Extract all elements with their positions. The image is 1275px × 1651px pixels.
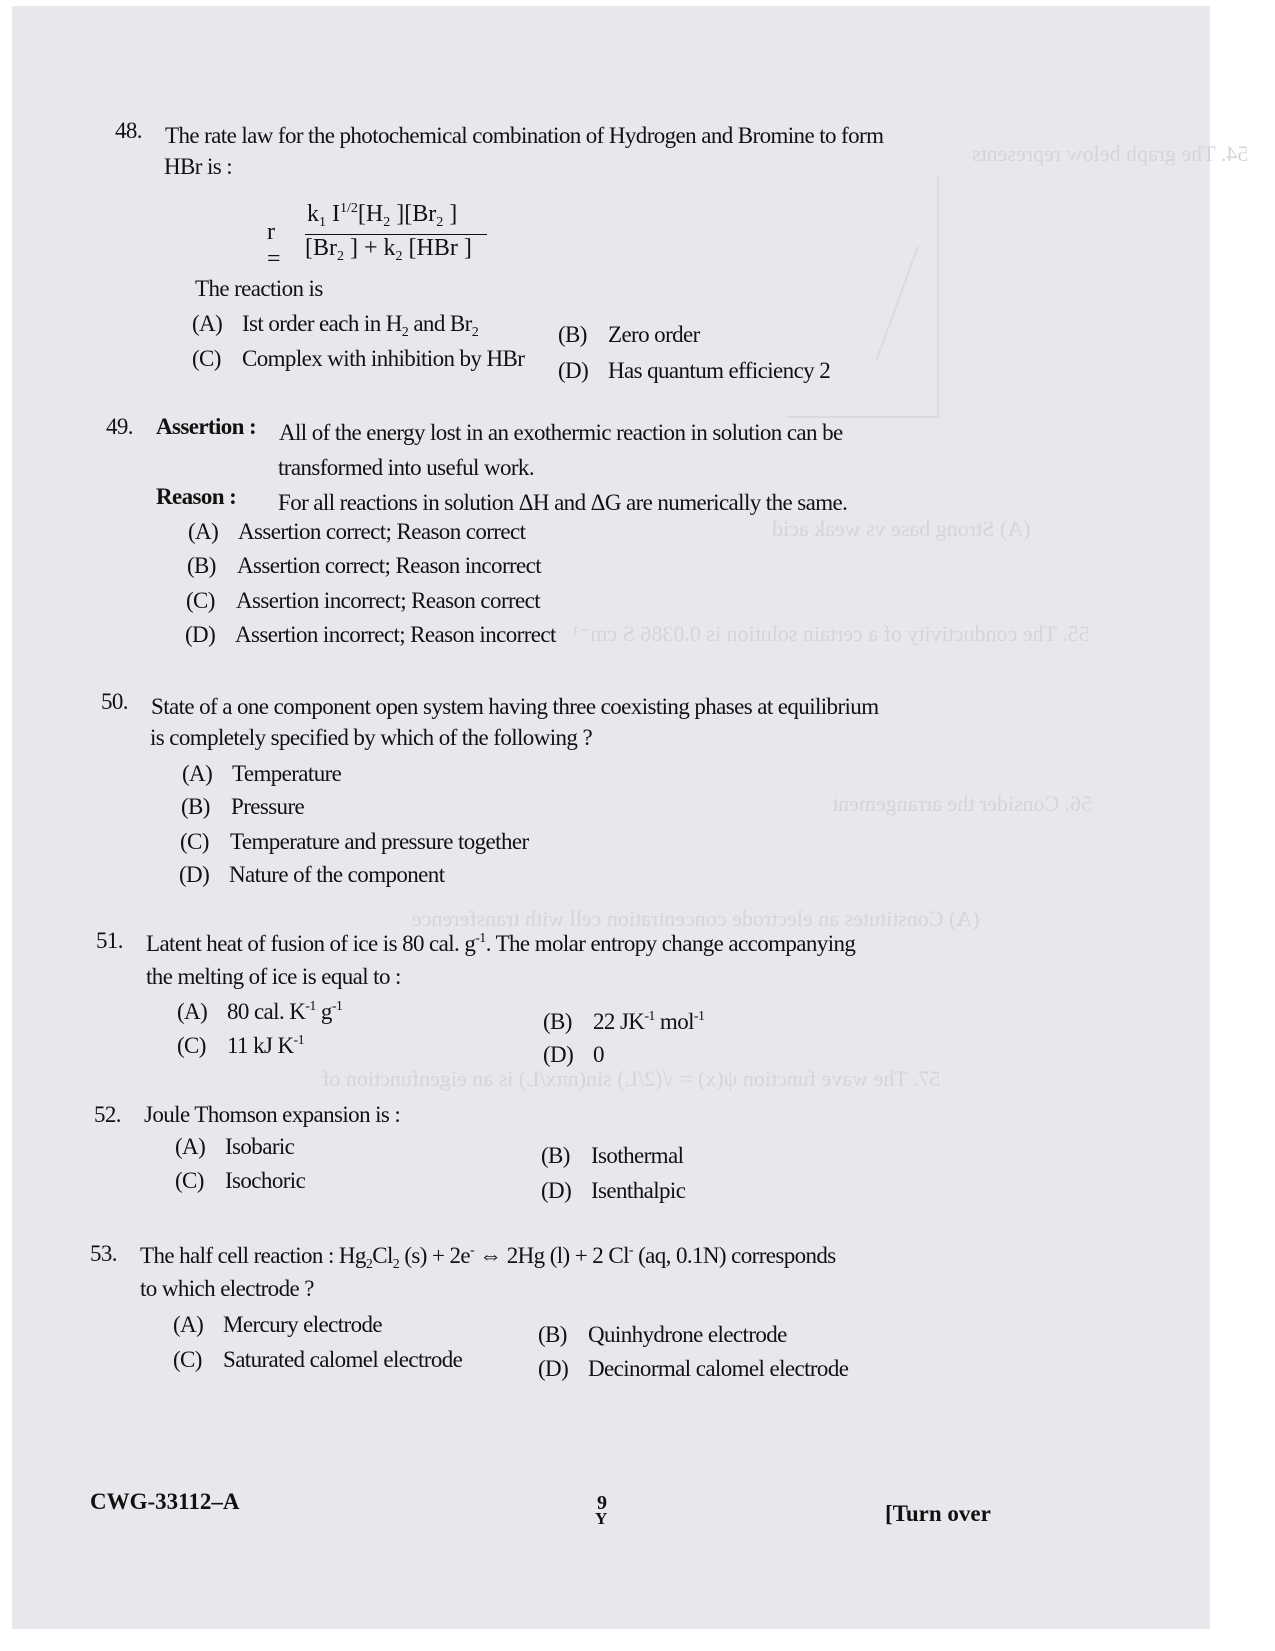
- option-d[interactable]: (D)Assertion incorrect; Reason incorrect: [185, 622, 556, 648]
- question-lead: The reaction is: [195, 276, 323, 302]
- question-stem: The rate law for the photochemical combi…: [165, 123, 883, 149]
- option-b[interactable]: (B)Assertion correct; Reason incorrect: [187, 553, 541, 579]
- question-stem: the melting of ice is equal to :: [146, 964, 401, 990]
- question-stem: HBr is :: [164, 154, 232, 180]
- option-d[interactable]: (D)Has quantum efficiency 2: [558, 358, 830, 384]
- option-d[interactable]: (D)Decinormal calomel electrode: [538, 1356, 848, 1382]
- option-text: Temperature and pressure together: [230, 829, 529, 854]
- option-b[interactable]: (B)Zero order: [558, 322, 700, 348]
- reason-text: For all reactions in solution ΔH and ΔG …: [278, 490, 847, 516]
- option-text: Has quantum efficiency 2: [608, 358, 830, 383]
- option-text: Saturated calomel electrode: [223, 1347, 462, 1372]
- option-d[interactable]: (D)0: [543, 1042, 604, 1068]
- option-text: Assertion correct; Reason correct: [238, 519, 525, 544]
- booklet-code: CWG-33112–A: [90, 1489, 240, 1515]
- question-number: 51.: [96, 928, 123, 954]
- option-c[interactable]: (C)Complex with inhibition by HBr: [192, 346, 524, 372]
- bleed-through-text: 55. The conductivity of a certain soluti…: [572, 621, 1090, 647]
- scanned-page: 54. The graph below represents (A) Stron…: [12, 6, 1210, 1629]
- bleed-through-text: 57. The wave function ψ(x) = √(2/L) sin(…: [322, 1066, 940, 1092]
- option-text: Assertion correct; Reason incorrect: [237, 553, 541, 578]
- bleed-through-text: (A) Constitutes an electrode concentrati…: [412, 906, 980, 932]
- option-c[interactable]: (C)Isochoric: [175, 1168, 305, 1194]
- question-number: 52.: [94, 1102, 121, 1128]
- option-a[interactable]: (A)Mercury electrode: [173, 1312, 382, 1338]
- option-text: Temperature: [232, 761, 341, 786]
- question-stem: Joule Thomson expansion is :: [144, 1102, 400, 1128]
- option-c[interactable]: (C)Temperature and pressure together: [180, 829, 529, 855]
- option-text: Decinormal calomel electrode: [588, 1356, 848, 1381]
- equation-denominator: [Br2 ] + k2 [HBr ]: [305, 235, 472, 265]
- option-text: Isochoric: [225, 1168, 305, 1193]
- option-c[interactable]: (C)11 kJ K-1: [177, 1033, 304, 1059]
- option-text: Assertion incorrect; Reason incorrect: [235, 622, 556, 647]
- assertion-text: transformed into useful work.: [278, 455, 534, 481]
- option-a[interactable]: (A)80 cal. K-1 g-1: [177, 999, 342, 1025]
- question-stem: The half cell reaction : Hg2Cl2 (s) + 2e…: [140, 1243, 836, 1273]
- option-c[interactable]: (C)Assertion incorrect; Reason correct: [186, 588, 540, 614]
- option-d[interactable]: (D)Nature of the component: [179, 862, 444, 888]
- option-text: Ist order each in H2 and Br2: [242, 311, 478, 336]
- option-c[interactable]: (C)Saturated calomel electrode: [173, 1347, 462, 1373]
- question-number: 49.: [106, 414, 133, 440]
- option-text: Pressure: [231, 794, 304, 819]
- option-text: Complex with inhibition by HBr: [242, 346, 524, 371]
- question-number: 50.: [101, 689, 128, 715]
- question-number: 53.: [90, 1241, 117, 1267]
- assertion-text: All of the energy lost in an exothermic …: [279, 420, 843, 446]
- question-stem: Latent heat of fusion of ice is 80 cal. …: [146, 931, 855, 957]
- option-text: Isothermal: [591, 1143, 683, 1168]
- option-text: Assertion incorrect; Reason correct: [236, 588, 540, 613]
- option-a[interactable]: (A)Ist order each in H2 and Br2: [192, 311, 478, 341]
- option-b[interactable]: (B)Quinhydrone electrode: [538, 1322, 787, 1348]
- option-text: Isenthalpic: [591, 1178, 685, 1203]
- equation-numerator: k1 I1/2[H2 ][Br2 ]: [307, 201, 457, 231]
- option-d[interactable]: (D)Isenthalpic: [541, 1178, 685, 1204]
- page-mark: Y: [595, 1509, 607, 1529]
- option-text: 11 kJ K-1: [227, 1033, 304, 1058]
- question-stem: State of a one component open system hav…: [151, 694, 879, 720]
- option-text: Zero order: [608, 322, 700, 347]
- bleed-through-text: 56. Consider the arrangement: [832, 791, 1092, 817]
- option-text: Isobaric: [225, 1134, 294, 1159]
- option-text: Mercury electrode: [223, 1312, 382, 1337]
- option-text: 0: [593, 1042, 604, 1067]
- option-text: 22 JK-1 mol-1: [593, 1009, 704, 1034]
- option-b[interactable]: (B)Isothermal: [541, 1143, 683, 1169]
- equation-lhs: r =: [267, 219, 281, 273]
- option-text: Nature of the component: [229, 862, 444, 887]
- reason-label: Reason :: [156, 484, 236, 510]
- question-stem: is completely specified by which of the …: [150, 725, 592, 751]
- option-b[interactable]: (B)Pressure: [181, 794, 304, 820]
- option-text: 80 cal. K-1 g-1: [227, 999, 342, 1024]
- option-a[interactable]: (A)Temperature: [182, 761, 341, 787]
- option-b[interactable]: (B)22 JK-1 mol-1: [543, 1009, 704, 1035]
- bleed-through-text: (A) Strong base vs weak acid: [772, 516, 1030, 542]
- turn-over-label: [Turn over: [885, 1501, 991, 1527]
- option-text: Quinhydrone electrode: [588, 1322, 787, 1347]
- option-a[interactable]: (A)Isobaric: [175, 1134, 294, 1160]
- bleed-through-text: 54. The graph below represents: [972, 141, 1248, 167]
- option-a[interactable]: (A)Assertion correct; Reason correct: [188, 519, 525, 545]
- question-number: 48.: [115, 118, 142, 144]
- question-stem: to which electrode ?: [140, 1276, 314, 1302]
- assertion-label: Assertion :: [156, 414, 256, 440]
